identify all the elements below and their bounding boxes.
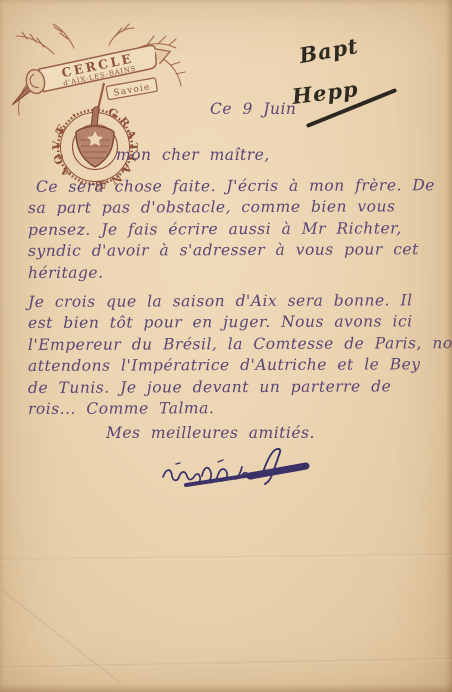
body-line: l'Empereur du Brésil, la Comtesse de Par…: [28, 334, 452, 357]
letter-body: Ce sera chose faite. J'écris à mon frère…: [28, 177, 452, 420]
body-line: pensez. Je fais écrire aussi à Mr Richte…: [28, 219, 452, 242]
paper-crease: [0, 658, 452, 670]
body-line: sa part pas d'obstacle, comme bien vous: [28, 197, 452, 220]
body-line: rois... Comme Talma.: [28, 398, 452, 421]
paper-edge-shadow: [0, 683, 452, 692]
paper-crease: [0, 554, 452, 562]
body-line: Je crois que la saison d'Aix sera bonne.…: [28, 291, 452, 314]
paper-crease: [1, 590, 121, 685]
salutation: mon cher maître,: [116, 146, 270, 164]
body-line: de Tunis. Je joue devant un parterre de: [28, 377, 452, 400]
body-line: héritage.: [28, 262, 452, 285]
closing-line: Mes meilleures amitiés.: [106, 424, 315, 442]
body-line: syndic d'avoir à s'adresser à vous pour …: [28, 240, 452, 263]
signature-flourish: [158, 444, 314, 490]
date-line: Ce 9 Juin: [210, 100, 296, 118]
annotation-word-2: Hepp: [291, 76, 360, 109]
paper-edge-shadow: [445, 0, 452, 692]
body-line: attendons l'Impératrice d'Autriche et le…: [28, 355, 452, 378]
body-line: Ce sera chose faite. J'écris à mon frère…: [28, 176, 452, 199]
letter-page: CERCLE d'AIX-LES-BAINS Savoie GRATIANÆ ·…: [0, 0, 452, 692]
annotation-word-1: Bapt: [297, 33, 360, 68]
banner-scroll: CERCLE d'AIX-LES-BAINS Savoie: [12, 41, 173, 110]
body-line: est bien tôt pour en juger. Nous avons i…: [28, 312, 452, 335]
